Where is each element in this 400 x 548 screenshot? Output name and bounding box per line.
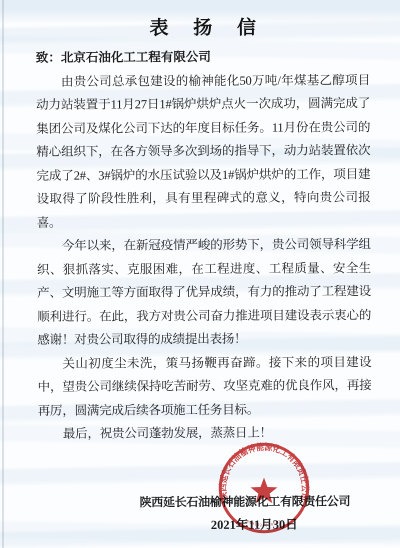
recipient-line: 致：北京石油化工工程有限公司 <box>36 45 370 70</box>
letter-content: 表 扬 信 致：北京石油化工工程有限公司 由贵公司总承包建设的榆神能化50万吨/… <box>36 15 373 532</box>
signature-block: 陕西延长石油榆神能源化工有限责任公司 2021年11月30日 <box>38 494 372 533</box>
red-star-icon <box>251 478 278 504</box>
letter-title: 表 扬 信 <box>36 15 380 43</box>
company-seal-stamp: 陕西延长石油榆神能源化工有限责任公司 6191020019513 <box>217 441 311 535</box>
paragraph-2: 今年以来，在新冠疫情严峻的形势下，贵公司领导科学组织、狠抓落实、克服困难，在工程… <box>37 233 372 352</box>
seal-serial-number: 6191020019513 <box>246 519 282 527</box>
paragraph-1: 由贵公司总承包建设的榆神能化50万吨/年煤基乙醇项目动力站装置于11月27日1#… <box>36 69 371 235</box>
paragraph-4: 最后，祝贵公司蓬勃发展，蒸蒸日上！ <box>38 421 372 446</box>
paragraph-3: 关山初度尘未洗，策马扬鞭再奋蹄。接下来的项目建设中，望贵公司继续保持吃苦耐劳、攻… <box>37 351 371 423</box>
letter-page: 表 扬 信 致：北京石油化工工程有限公司 由贵公司总承包建设的榆神能化50万吨/… <box>0 0 400 548</box>
